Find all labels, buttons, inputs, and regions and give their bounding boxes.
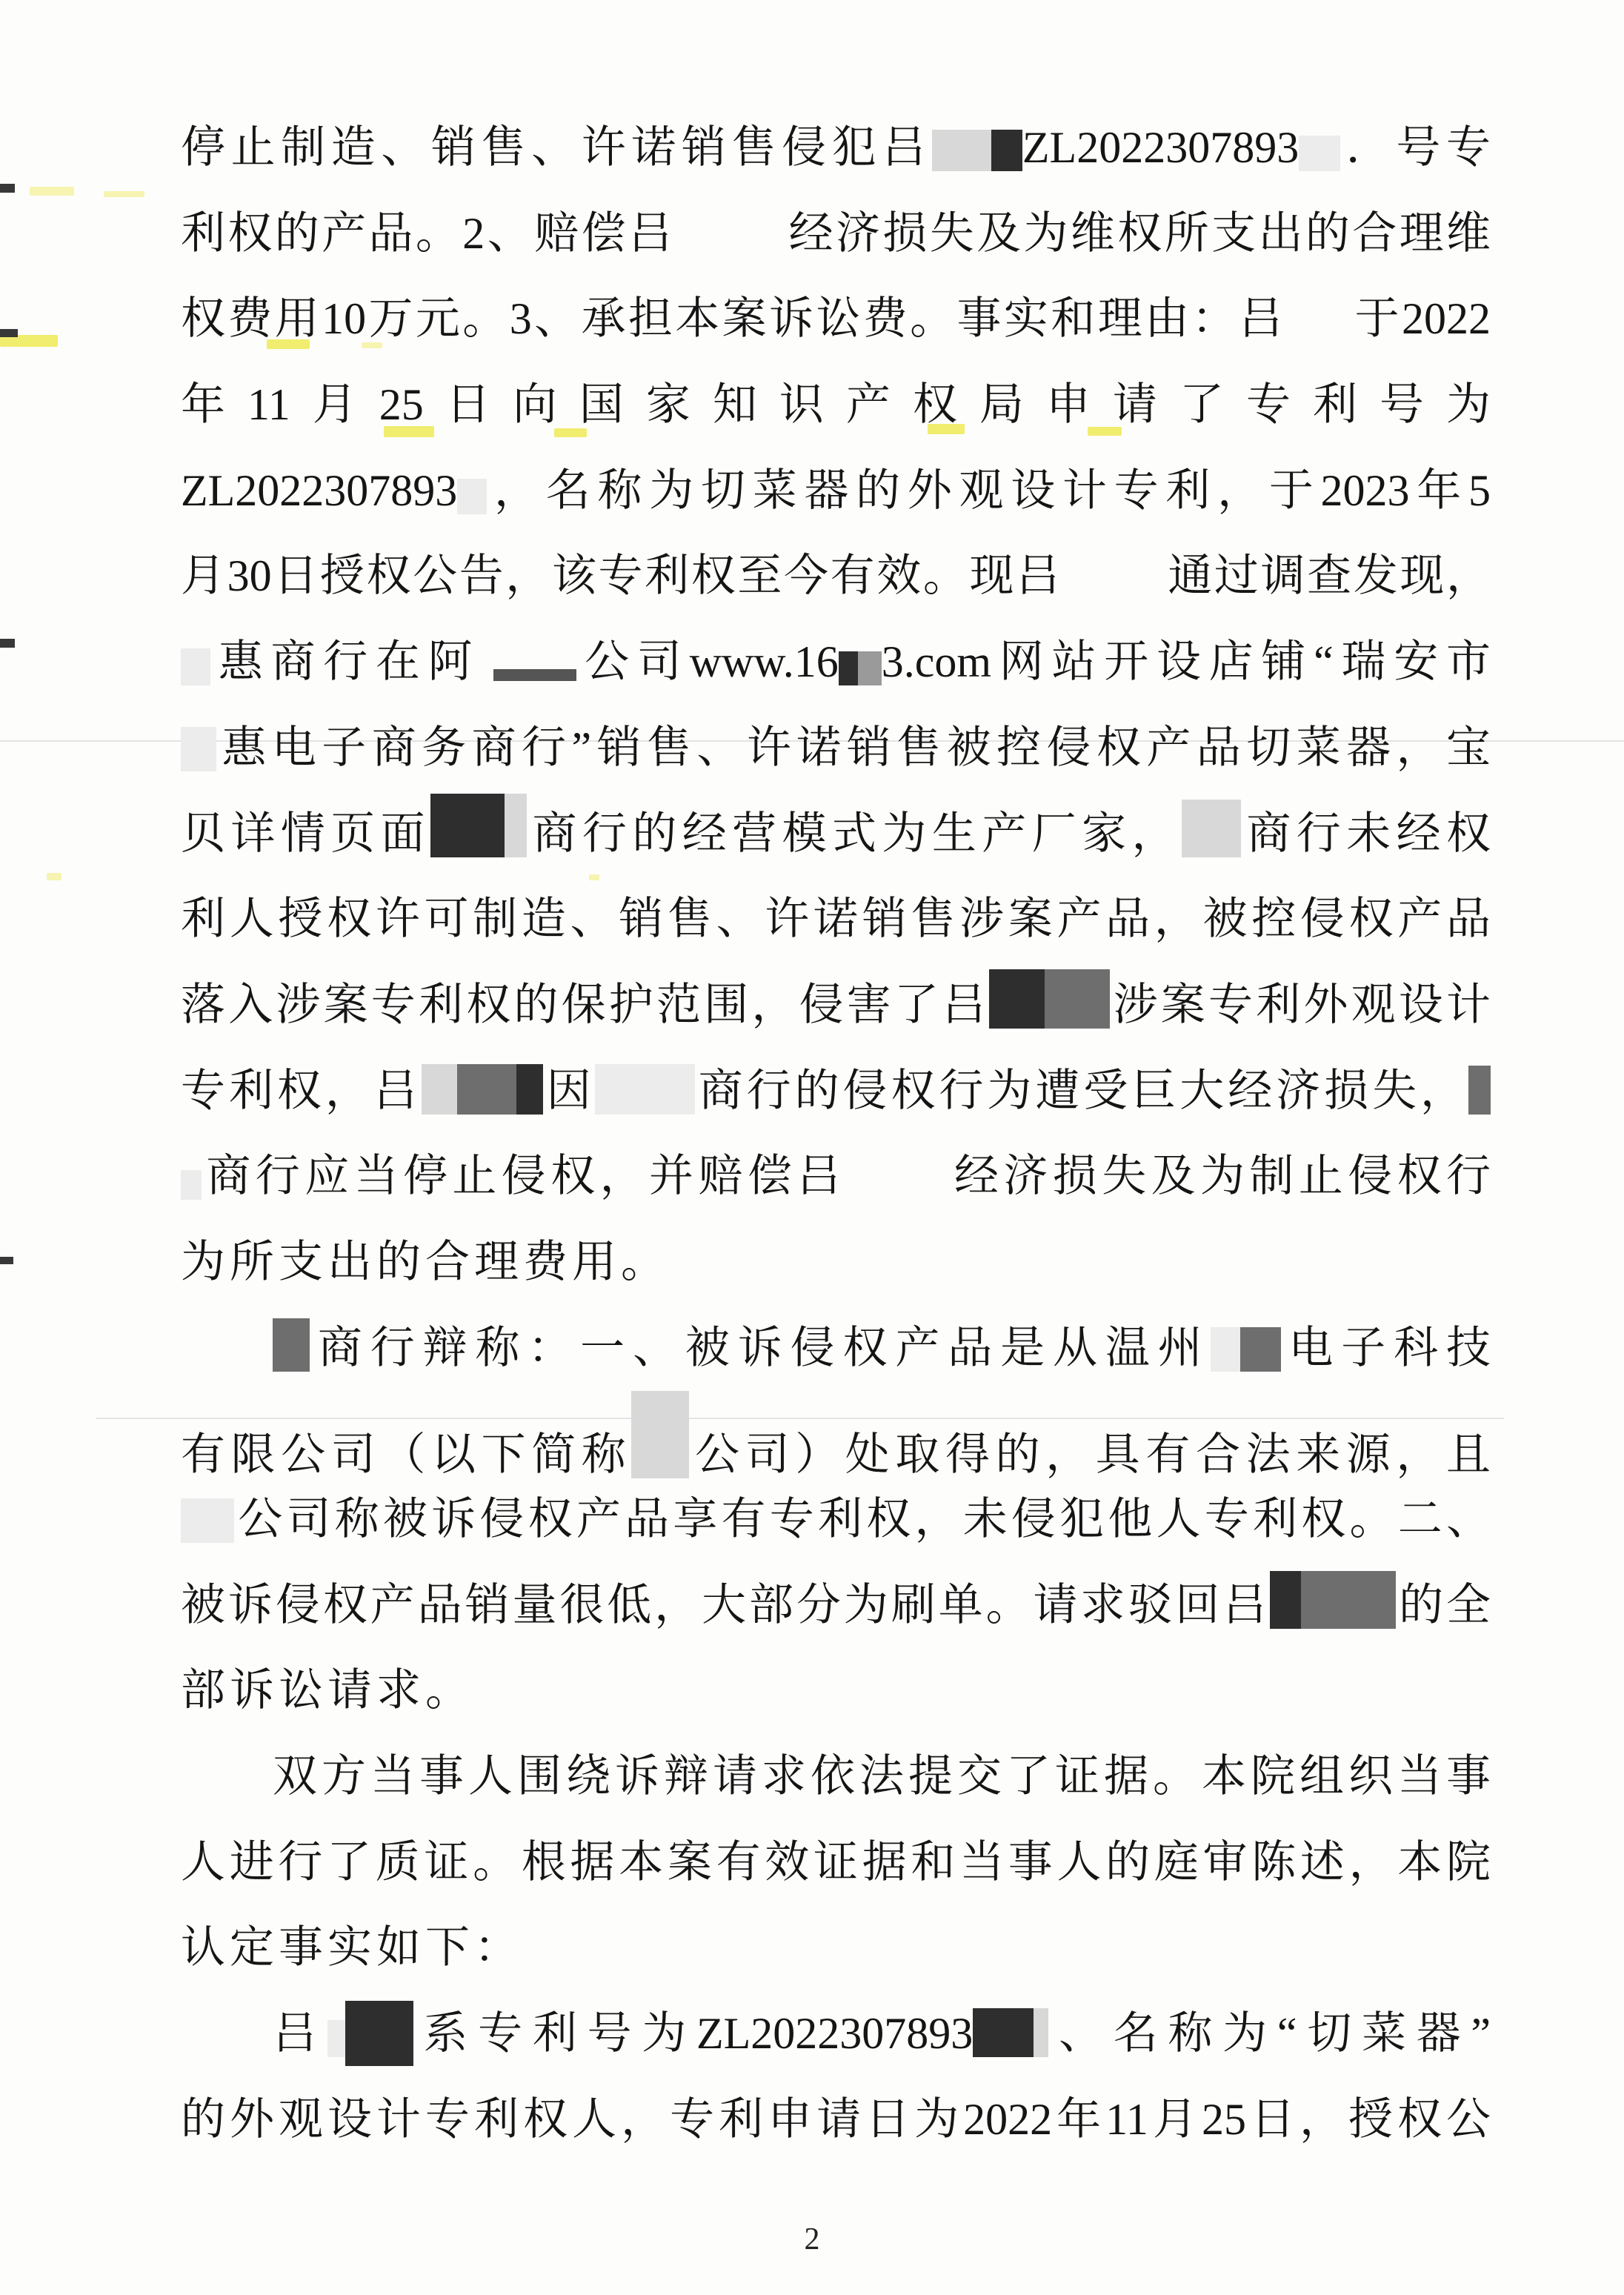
scan-mark <box>0 639 15 648</box>
redaction-block <box>516 1064 543 1115</box>
text-run: 于2022 <box>1352 294 1491 343</box>
text-run: 被诉侵权产品销量很低，大部分为刷单。请求驳回吕 <box>181 1581 1270 1630</box>
text-line: 利人授权许可制造、销售、许诺销售涉案产品，被控侵权产品 <box>181 877 1491 963</box>
redaction-block <box>1301 1571 1396 1629</box>
text-run: 电子科技 <box>1281 1323 1491 1372</box>
scan-mark <box>0 184 15 193</box>
redaction-block <box>457 1064 516 1115</box>
redaction-block <box>345 2001 413 2066</box>
redaction-block <box>839 651 858 685</box>
text-run: ZL2022307893 <box>181 466 457 515</box>
redaction-block <box>1034 2008 1048 2057</box>
text-run: 通过调查发现， <box>1166 551 1491 600</box>
text-line: 吕系专利号为ZL2022307893、名称为“切菜器” <box>181 1991 1491 2077</box>
text-run: 年11月25日向国家知识产权局申请了专利号为 <box>181 380 1491 429</box>
text-run: 因 <box>543 1066 595 1115</box>
redaction-block <box>181 1170 202 1200</box>
text-run: 惠商行在阿 <box>210 637 480 686</box>
text-run: ZL2022307893 <box>1022 123 1299 172</box>
text-line: 公司称被诉侵权产品享有专利权，未侵犯他人专利权。二、 <box>181 1477 1491 1563</box>
redaction-block <box>973 2008 1034 2057</box>
text-run: 商行未经权 <box>1241 809 1491 858</box>
redaction-block <box>327 2020 345 2057</box>
text-run: 贝详情页面 <box>181 809 430 858</box>
text-run: 落入涉案专利权的保护范围，侵害了吕 <box>181 980 989 1029</box>
redaction-block <box>1211 1327 1240 1372</box>
text-run: 的全 <box>1396 1581 1491 1630</box>
text-line: 商行应当停止侵权，并赔偿吕经济损失及为制止侵权行 <box>181 1134 1491 1220</box>
redaction-block <box>505 794 527 857</box>
text-run: ．号专 <box>1340 123 1491 172</box>
redaction-block <box>989 969 1045 1029</box>
text-run: 、名称为“切菜器” <box>1048 2009 1491 2058</box>
document-text: 停止制造、销售、许诺销售侵犯吕ZL2022307893．号专利权的产品。2、赔偿… <box>181 105 1491 2163</box>
redaction-block <box>991 130 1022 171</box>
text-line: 的外观设计专利权人，专利申请日为2022年11月25日，授权公 <box>181 2077 1491 2163</box>
redaction-block <box>181 727 216 771</box>
text-run: 涉案专利外观设计 <box>1110 980 1491 1029</box>
redaction-block <box>1045 969 1110 1029</box>
text-run: 认定事实如下： <box>181 1923 523 1972</box>
text-run: 经济损失及为制止侵权行 <box>950 1152 1491 1200</box>
text-run: 惠电子商务商行”销售、许诺销售被控侵权产品切菜器，宝 <box>216 723 1491 772</box>
text-run: 商行辩称：一、被诉侵权产品是从温州 <box>310 1323 1211 1372</box>
text-run: 商行应当停止侵权，并赔偿吕 <box>202 1152 846 1200</box>
text-run: 公司www.16 <box>576 637 838 686</box>
text-run: 吕 <box>273 2009 327 2058</box>
text-line: 利权的产品。2、赔偿吕经济损失及为维权所支出的合理维 <box>181 191 1491 277</box>
text-run: 公司称被诉侵权产品享有专利权，未侵犯他人专利权。二、 <box>234 1495 1491 1544</box>
redaction-block <box>1299 136 1340 171</box>
text-line: 权费用10万元。3、承担本案诉讼费。事实和理由：吕于2022 <box>181 276 1491 362</box>
text-run: 经济损失及为维权所支出的合理维 <box>786 209 1491 258</box>
redaction-block <box>1270 1571 1301 1629</box>
redaction-block <box>1240 1327 1281 1372</box>
redaction-block <box>181 648 210 685</box>
text-run: 专利权，吕 <box>181 1066 422 1115</box>
text-line: 落入涉案专利权的保护范围，侵害了吕涉案专利外观设计 <box>181 963 1491 1049</box>
text-line: 惠商行在阿公司www.163.com网站开设店铺“瑞安市 <box>181 620 1491 705</box>
text-run: 3.com网站开设店铺“瑞安市 <box>882 637 1491 686</box>
text-run: 双方当事人围绕诉辩请求依法提交了证据。本院组织当事 <box>273 1752 1491 1801</box>
text-line: 停止制造、销售、许诺销售侵犯吕ZL2022307893．号专 <box>181 105 1491 191</box>
redaction-block <box>430 794 505 857</box>
text-line: 商行辩称：一、被诉侵权产品是从温州电子科技 <box>181 1306 1491 1392</box>
scan-mark <box>0 329 18 337</box>
redaction-block <box>422 1064 457 1115</box>
text-run: 系专利号为ZL2022307893 <box>413 2009 974 2058</box>
text-line: ZL2022307893，名称为切菜器的外观设计专利，于2023年5 <box>181 448 1491 534</box>
redaction-block <box>457 479 487 514</box>
redaction-block <box>631 1391 689 1478</box>
text-line: 认定事实如下： <box>181 1905 1491 1991</box>
text-run: 商行的侵权行为遭受巨大经济损失， <box>695 1066 1468 1115</box>
text-line: 专利权，吕因商行的侵权行为遭受巨大经济损失， <box>181 1049 1491 1135</box>
text-run: 利人授权许可制造、销售、许诺销售涉案产品，被控侵权产品 <box>181 894 1491 943</box>
text-run: 为所支出的合理费用。 <box>181 1238 670 1286</box>
text-line: 年11月25日向国家知识产权局申请了专利号为 <box>181 362 1491 448</box>
redaction-block <box>273 1318 310 1372</box>
text-run: 公司）处取得的，具有合法来源，且 <box>689 1430 1491 1479</box>
text-run: 的外观设计专利权人，专利申请日为2022年11月25日，授权公 <box>181 2095 1491 2144</box>
text-run: 商行的经营模式为生产厂家， <box>527 809 1182 858</box>
page-number: 2 <box>0 2222 1624 2257</box>
text-run: 月30日授权公告，该专利权至今有效。现吕 <box>181 551 1062 600</box>
redaction-block <box>493 669 576 681</box>
text-run: 部诉讼请求。 <box>181 1666 474 1715</box>
text-line: 惠电子商务商行”销售、许诺销售被控侵权产品切菜器，宝 <box>181 705 1491 791</box>
text-line: 部诉讼请求。 <box>181 1648 1491 1734</box>
highlighter-smudge <box>104 191 144 197</box>
text-run: 利权的产品。2、赔偿吕 <box>181 209 675 258</box>
highlighter-smudge <box>30 187 74 196</box>
redaction-block <box>1468 1066 1491 1115</box>
scanned-court-document-page: 停止制造、销售、许诺销售侵犯吕ZL2022307893．号专利权的产品。2、赔偿… <box>0 0 1624 2295</box>
text-line: 为所支出的合理费用。 <box>181 1220 1491 1306</box>
text-line: 月30日授权公告，该专利权至今有效。现吕通过调查发现， <box>181 534 1491 620</box>
highlighter-smudge <box>47 873 61 880</box>
text-run: 权费用10万元。3、承担本案诉讼费。事实和理由：吕 <box>181 294 1285 343</box>
redaction-block <box>932 130 991 171</box>
text-line: 贝详情页面商行的经营模式为生产厂家，商行未经权 <box>181 791 1491 877</box>
text-line: 有限公司（以下简称公司）处取得的，具有合法来源，且 <box>181 1391 1491 1477</box>
scan-mark <box>0 1257 13 1264</box>
text-line: 人进行了质证。根据本案有效证据和当事人的庭审陈述，本院 <box>181 1820 1491 1906</box>
redaction-block <box>1182 800 1241 857</box>
redaction-block <box>595 1064 695 1115</box>
text-run: 停止制造、销售、许诺销售侵犯吕 <box>181 123 932 172</box>
text-line: 双方当事人围绕诉辩请求依法提交了证据。本院组织当事 <box>181 1734 1491 1820</box>
redaction-block <box>858 651 882 685</box>
text-run: 人进行了质证。根据本案有效证据和当事人的庭审陈述，本院 <box>181 1838 1491 1887</box>
text-run: ，名称为切菜器的外观设计专利，于2023年5 <box>487 466 1491 515</box>
text-line: 被诉侵权产品销量很低，大部分为刷单。请求驳回吕的全 <box>181 1563 1491 1649</box>
text-run: 有限公司（以下简称 <box>181 1430 631 1479</box>
redaction-block <box>181 1498 234 1543</box>
